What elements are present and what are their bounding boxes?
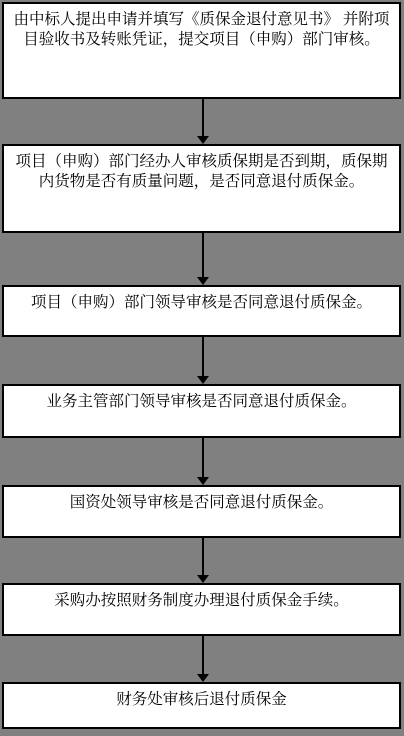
arrow-down-icon [197, 376, 209, 384]
flow-step-3-text: 项目（申购）部门领导审核是否同意退付质保金。 [31, 294, 372, 311]
arrow-down-icon [197, 575, 209, 583]
flow-step-1: 由中标人提出申请并填写《质保金退付意见书》 并附项目验收书及转账凭证，提交项目（… [2, 2, 401, 99]
flow-arrow-4 [197, 438, 209, 485]
flow-step-3: 项目（申购）部门领导审核是否同意退付质保金。 [2, 285, 401, 337]
arrow-down-icon [197, 674, 209, 682]
flow-step-5-text: 国资处领导审核是否同意退付质保金。 [70, 494, 334, 511]
flow-arrow-3 [197, 337, 209, 384]
flowchart-canvas: 由中标人提出申请并填写《质保金退付意见书》 并附项目验收书及转账凭证，提交项目（… [0, 0, 404, 736]
flow-step-7-text: 财务处审核后退付质保金 [116, 691, 287, 708]
flow-step-2-text: 项目（申购）部门经办人审核质保期是否到期，质保期内货物是否有质量问题，是否同意退… [15, 153, 387, 190]
arrow-line [202, 233, 204, 277]
flow-step-4-text: 业务主管部门领导审核是否同意退付质保金。 [46, 393, 356, 410]
arrow-down-icon [197, 477, 209, 485]
flow-step-6: 采购办按照财务制度办理退付质保金手续。 [2, 583, 401, 636]
arrow-line [202, 99, 204, 136]
flow-step-5: 国资处领导审核是否同意退付质保金。 [2, 485, 401, 538]
flow-step-2: 项目（申购）部门经办人审核质保期是否到期，质保期内货物是否有质量问题，是否同意退… [2, 144, 401, 233]
flow-arrow-1 [197, 99, 209, 144]
flow-step-1-text: 由中标人提出申请并填写《质保金退付意见书》 并附项目验收书及转账凭证，提交项目（… [14, 11, 390, 48]
arrow-line [202, 438, 204, 477]
flow-arrow-6 [197, 636, 209, 682]
arrow-line [202, 636, 204, 674]
arrow-line [202, 337, 204, 376]
flow-step-4: 业务主管部门领导审核是否同意退付质保金。 [2, 384, 401, 438]
flow-arrow-5 [197, 538, 209, 583]
flow-step-7: 财务处审核后退付质保金 [2, 682, 401, 729]
arrow-down-icon [197, 277, 209, 285]
flow-step-6-text: 采购办按照财务制度办理退付质保金手续。 [54, 592, 349, 609]
arrow-down-icon [197, 136, 209, 144]
arrow-line [202, 538, 204, 575]
flow-arrow-2 [197, 233, 209, 285]
